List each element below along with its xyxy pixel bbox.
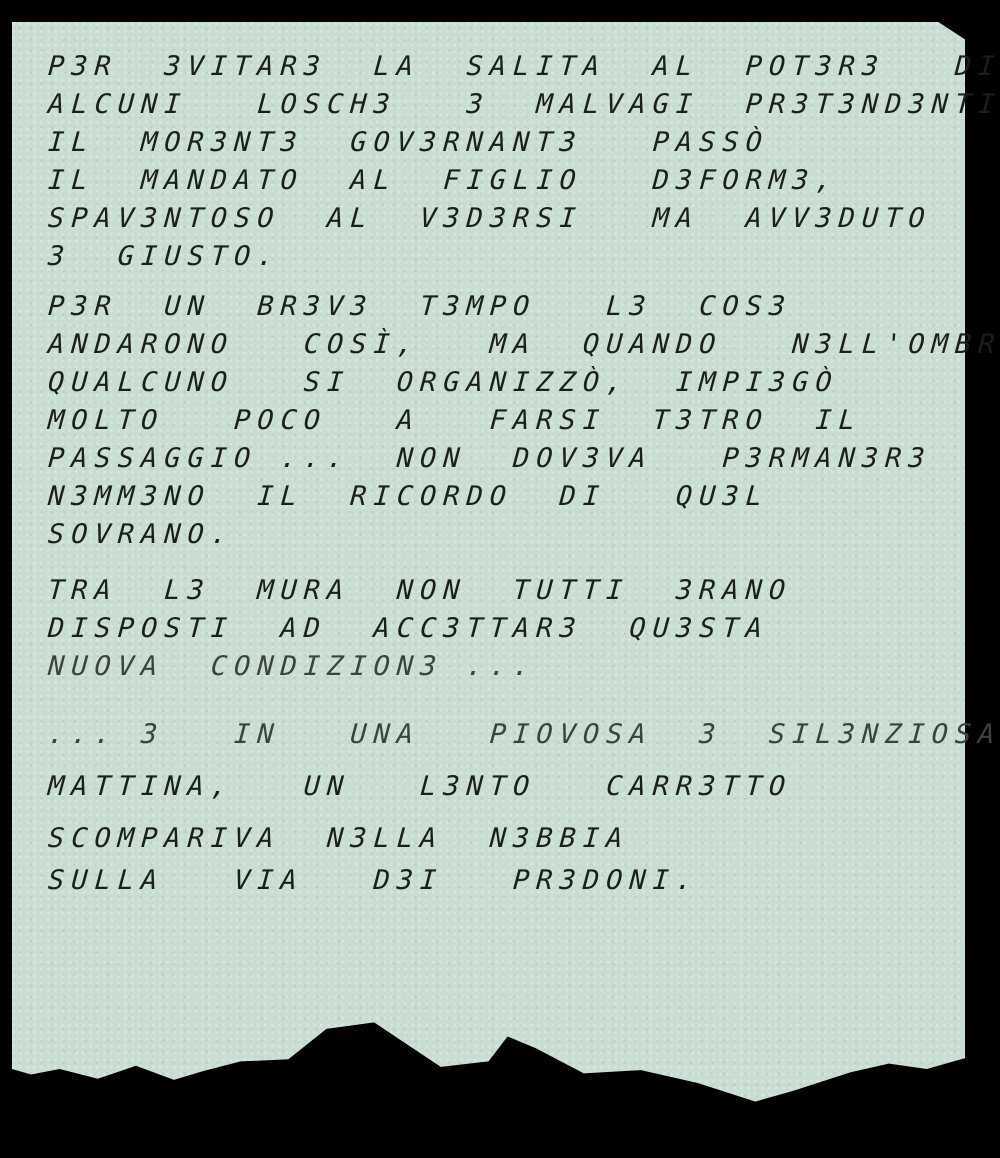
text-line: N3MM3NO IL RICORDO DI QU3L xyxy=(47,478,950,516)
text-line: PASSAGGIO ... NON DOV3VA P3RMAN3R3 xyxy=(47,440,950,478)
text-line: QUALCUNO SI ORGANIZZÒ, IMPI3GÒ xyxy=(47,364,950,402)
text-line: ... 3 IN UNA PIOVOSA 3 SIL3NZIOSA xyxy=(47,716,950,754)
text-line: SCOMPARIVA N3LLA N3BBIA xyxy=(47,820,950,858)
handwritten-text: P3R 3VITAR3 LA SALITA AL POT3R3 DI ALCUN… xyxy=(48,48,948,900)
text-line: SULLA VIA D3I PR3DONI. xyxy=(47,862,950,900)
text-line: P3R 3VITAR3 LA SALITA AL POT3R3 DI xyxy=(47,48,950,86)
paragraph-4: ... 3 IN UNA PIOVOSA 3 SIL3NZIOSA MATTIN… xyxy=(48,716,948,900)
text-line: MATTINA, UN L3NTO CARR3TTO xyxy=(47,768,950,806)
text-line: NUOVA CONDIZION3 ... xyxy=(47,648,950,686)
text-line: 3 GIUSTO. xyxy=(47,238,950,276)
text-line: P3R UN BR3V3 T3MPO L3 COS3 xyxy=(47,288,950,326)
text-line: SPAV3NTOSO AL V3D3RSI MA AVV3DUTO xyxy=(47,200,950,238)
text-line: IL MANDATO AL FIGLIO D3FORM3, xyxy=(47,162,950,200)
text-line: ANDARONO COSÌ, MA QUANDO N3LL'OMBRA xyxy=(47,326,950,364)
text-line: TRA L3 MURA NON TUTTI 3RANO xyxy=(47,572,950,610)
text-line: IL MOR3NT3 GOV3RNANT3 PASSÒ xyxy=(47,124,950,162)
paragraph-3: TRA L3 MURA NON TUTTI 3RANO DISPOSTI AD … xyxy=(48,572,948,686)
text-line: DISPOSTI AD ACC3TTAR3 QU3STA xyxy=(47,610,950,648)
paragraph-1: P3R 3VITAR3 LA SALITA AL POT3R3 DI ALCUN… xyxy=(48,48,948,276)
paragraph-2: P3R UN BR3V3 T3MPO L3 COS3 ANDARONO COSÌ… xyxy=(48,288,948,554)
text-line: ALCUNI LOSCH3 3 MALVAGI PR3T3ND3NTI, xyxy=(47,86,950,124)
text-line: MOLTO POCO A FARSI T3TRO IL xyxy=(47,402,950,440)
text-line: SOVRANO. xyxy=(47,516,950,554)
